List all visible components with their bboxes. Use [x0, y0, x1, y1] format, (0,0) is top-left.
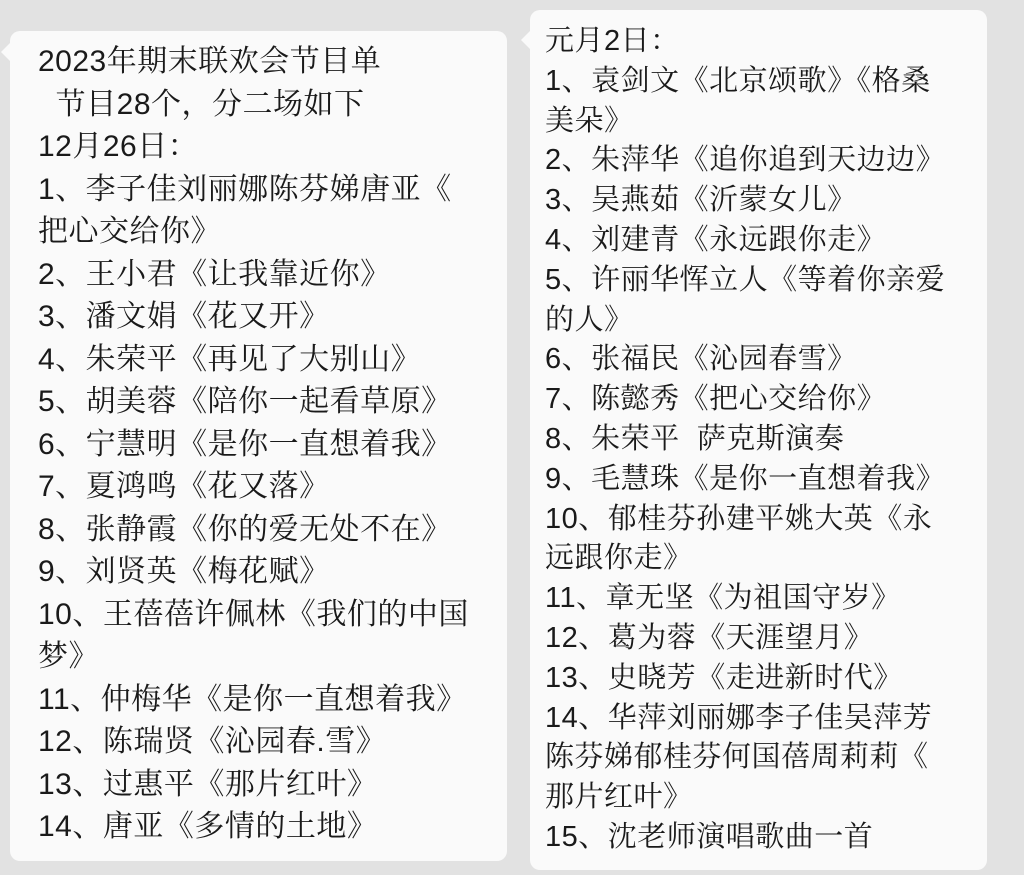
program-item: 5、胡美蓉《陪你一起看草原》: [38, 381, 473, 424]
program-item: 10、王蓓蓓许佩林《我们的中国梦》: [38, 594, 473, 679]
program-item: 5、许丽华恽立人《等着你亲爱的人》: [545, 261, 957, 341]
program-item: 1、李子佳刘丽娜陈芬娣唐亚《把心交给你》: [38, 169, 473, 254]
program-item: 8、朱荣平 萨克斯演奏: [545, 420, 957, 460]
program-item: 11、仲梅华《是你一直想着我》: [38, 679, 473, 722]
program-item: 4、刘建青《永远跟你走》: [545, 221, 957, 261]
program-item: 8、张静霞《你的爱无处不在》: [38, 509, 473, 552]
session-2-date: 元月2日：: [545, 22, 957, 62]
bubble-tail-icon: [1, 42, 11, 62]
program-item: 1、袁剑文《北京颂歌》《格桑美朵》: [545, 62, 957, 142]
program-title: 2023年期末联欢会节目单: [38, 41, 473, 84]
program-item: 12、葛为蓉《天涯望月》: [545, 619, 957, 659]
program-summary: 节目28个，分二场如下: [38, 84, 473, 127]
program-item: 10、郁桂芬孙建平姚大英《永远跟你走》: [545, 500, 957, 580]
program-item: 3、潘文娟《花又开》: [38, 296, 473, 339]
program-item: 13、史晓芳《走进新时代》: [545, 659, 957, 699]
program-item: 9、刘贤英《梅花赋》: [38, 551, 473, 594]
program-item: 3、吴燕茹《沂蒙女儿》: [545, 181, 957, 221]
message-bubble-session-1: 2023年期末联欢会节目单 节目28个，分二场如下 12月26日： 1、李子佳刘…: [10, 31, 507, 861]
program-item: 6、宁慧明《是你一直想着我》: [38, 424, 473, 467]
program-item: 2、朱萍华《追你追到天边边》: [545, 141, 957, 181]
message-bubble-session-2: 元月2日： 1、袁剑文《北京颂歌》《格桑美朵》 2、朱萍华《追你追到天边边》 3…: [530, 10, 987, 870]
program-item: 7、夏鸿鸣《花又落》: [38, 466, 473, 509]
program-item: 9、毛慧珠《是你一直想着我》: [545, 460, 957, 500]
program-item: 11、章无坚《为祖国守岁》: [545, 579, 957, 619]
program-item: 13、过惠平《那片红叶》: [38, 764, 473, 807]
program-item: 6、张福民《沁园春雪》: [545, 340, 957, 380]
program-item: 2、王小君《让我靠近你》: [38, 254, 473, 297]
program-item: 14、唐亚《多情的土地》: [38, 806, 473, 849]
session-1-date: 12月26日：: [38, 126, 473, 169]
bubble-tail-icon: [521, 30, 531, 50]
program-item: 4、朱荣平《再见了大别山》: [38, 339, 473, 382]
chat-canvas: 2023年期末联欢会节目单 节目28个，分二场如下 12月26日： 1、李子佳刘…: [0, 0, 1024, 875]
program-item: 12、陈瑞贤《沁园春.雪》: [38, 721, 473, 764]
program-item: 14、华萍刘丽娜李子佳吴萍芳陈芬娣郁桂芬何国蓓周莉莉《那片红叶》: [545, 699, 957, 818]
program-item: 15、沈老师演唱歌曲一首: [545, 818, 957, 858]
program-item: 7、陈懿秀《把心交给你》: [545, 380, 957, 420]
